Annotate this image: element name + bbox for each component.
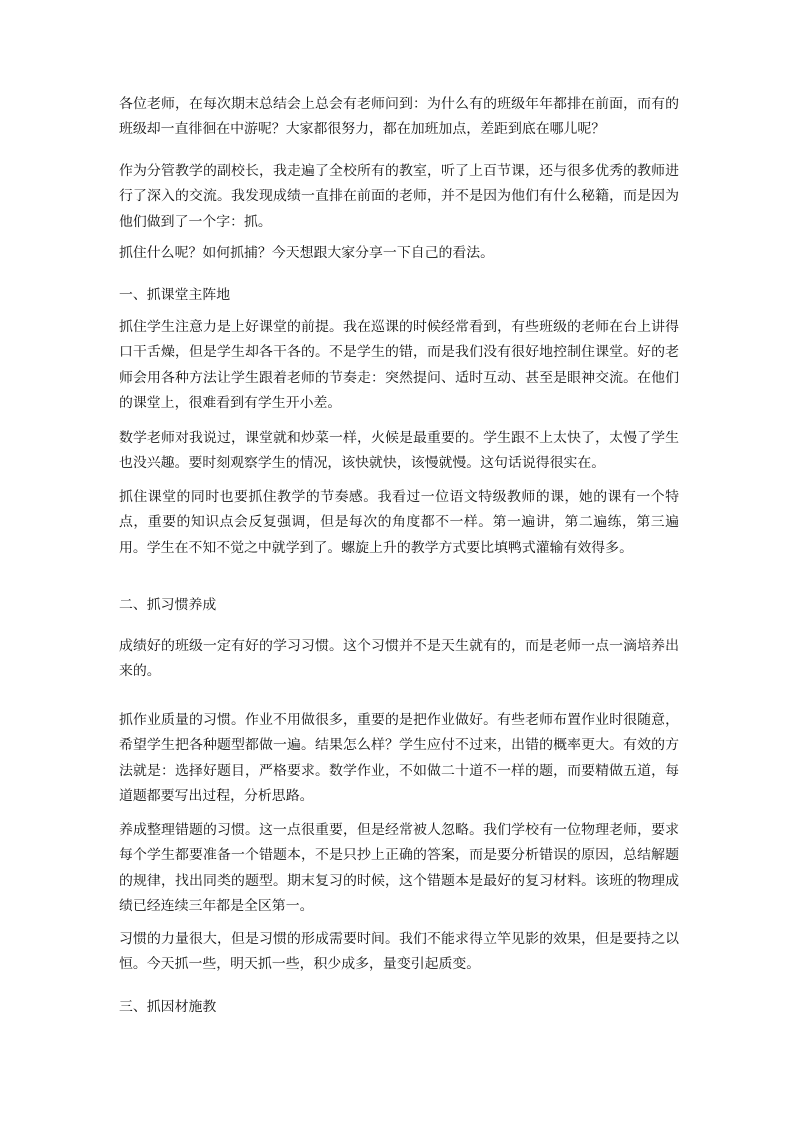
paragraph-error-notebook: 养成整理错题的习惯。这一点很重要，但是经常被人忽略。我们学校有一位物理老师，要求…: [119, 818, 679, 919]
section-heading-2: 二、抓习惯养成: [119, 593, 679, 618]
paragraph-habit-power: 习惯的力量很大，但是习惯的形成需要时间。我们不能求得立竿见影的效果，但是要持之以…: [119, 927, 679, 978]
paragraph-homework-quality: 抓作业质量的习惯。作业不用做很多，重要的是把作业做好。有些老师布置作业时很随意，…: [119, 708, 679, 809]
paragraph-sharing-intro: 抓住什么呢？如何抓捕？今天想跟大家分享一下自己的看法。: [119, 241, 679, 266]
paragraph-teaching-rhythm: 抓住课堂的同时也要抓住教学的节奏感。我看过一位语文特级教师的课，她的课有一个特点…: [119, 485, 679, 561]
paragraph-study-habits: 成绩好的班级一定有好的学习习惯。这个习惯并不是天生就有的，而是老师一点一滴培养出…: [119, 634, 679, 685]
section-heading-3: 三、抓因材施教: [119, 995, 679, 1020]
paragraph-vice-principal-observation: 作为分管教学的副校长，我走遍了全校所有的教室，听了上百节课，还与很多优秀的教师进…: [119, 159, 679, 235]
paragraph-intro-question: 各位老师，在每次期末总结会上总会有老师问到：为什么有的班级年年都排在前面，而有的…: [119, 92, 679, 143]
paragraph-classroom-attention: 抓住学生注意力是上好课堂的前提。我在巡课的时候经常看到，有些班级的老师在台上讲得…: [119, 315, 679, 416]
paragraph-math-teacher-advice: 数学老师对我说过，课堂就和炒菜一样，火候是最重要的。学生跟不上太快了，太慢了学生…: [119, 426, 679, 477]
section-heading-1: 一、抓课堂主阵地: [119, 283, 679, 308]
